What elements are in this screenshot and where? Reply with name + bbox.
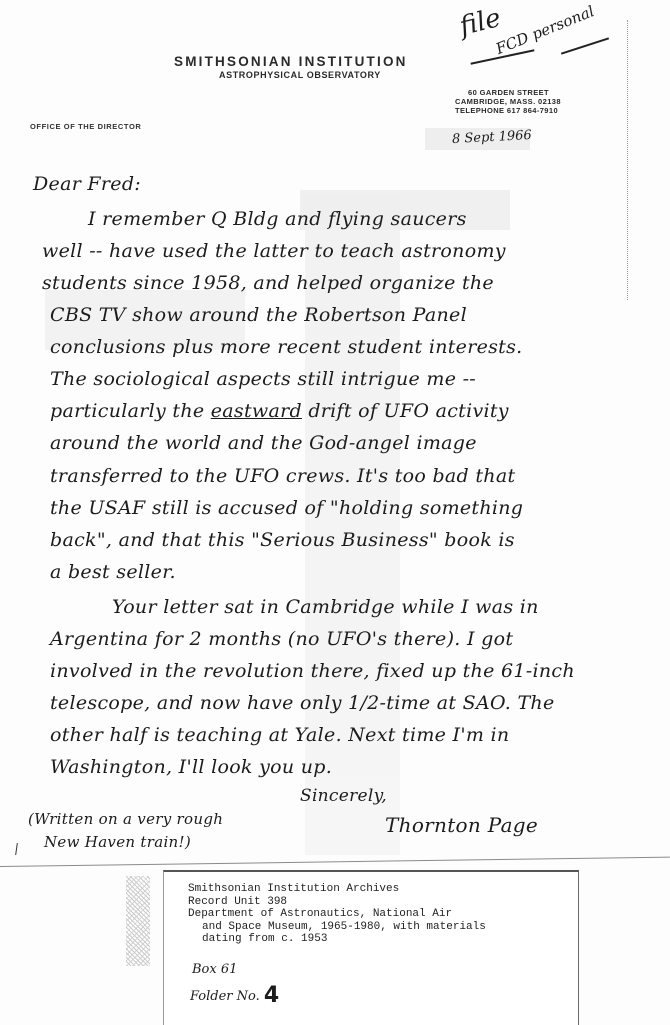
letterhead-address: 60 GARDEN STREET CAMBRIDGE, MASS. 02138 … (455, 88, 561, 115)
folder-number: 4 (264, 983, 279, 1008)
office-of-director: OFFICE OF THE DIRECTOR (30, 122, 141, 131)
letter-line: The sociological aspects still intrigue … (50, 368, 476, 390)
archive-line: and Space Museum, 1965-1980, with materi… (188, 921, 486, 934)
archive-line: Department of Astronautics, National Air (188, 908, 486, 921)
margin-note-line-2: New Haven train!) (44, 833, 191, 851)
annotation-file: file (457, 3, 504, 42)
letter-line: Your letter sat in Cambridge while I was… (112, 596, 539, 618)
letter-line: transferred to the UFO crews. It's too b… (50, 465, 515, 487)
address-city: CAMBRIDGE, MASS. 02138 (455, 97, 561, 106)
letter-line: CBS TV show around the Robertson Panel (50, 304, 467, 326)
address-telephone: TELEPHONE 617 864-7910 (455, 106, 561, 115)
letter-line: Argentina for 2 months (no UFO's there).… (50, 628, 513, 650)
folder-label-text: Folder No. (190, 989, 260, 1004)
annotation-underline (561, 37, 609, 54)
archive-line: Record Unit 398 (188, 896, 486, 909)
box-number: Box 61 (192, 962, 237, 977)
letter-line: I remember Q Bldg and flying saucers (88, 208, 467, 230)
closing: Sincerely, (300, 786, 387, 806)
letter-line: particularly the eastward drift of UFO a… (50, 400, 509, 422)
letter-line: other half is teaching at Yale. Next tim… (50, 724, 509, 746)
letter-text: drift of UFO activity (308, 400, 509, 422)
letter-line: the USAF still is accused of "holding so… (50, 497, 523, 519)
salutation: Dear Fred: (33, 173, 141, 195)
stray-mark (15, 843, 18, 855)
letter-line: telescope, and now have only 1/2-time at… (50, 692, 555, 714)
margin-note-line-1: (Written on a very rough (28, 810, 223, 828)
letter-line: Washington, I'll look you up. (50, 756, 332, 778)
letter-text: particularly the (50, 400, 204, 422)
underlined-word: eastward (211, 400, 302, 422)
letter-line: around the world and the God-angel image (50, 432, 477, 454)
letterhead-subtitle: ASTROPHYSICAL OBSERVATORY (219, 70, 381, 80)
archive-line: Smithsonian Institution Archives (188, 883, 486, 896)
letter-line: a best seller. (50, 561, 176, 583)
signature: Thornton Page (385, 813, 538, 837)
letter-page: SMITHSONIAN INSTITUTION ASTROPHYSICAL OB… (0, 0, 670, 1025)
page-edge-line (627, 20, 628, 300)
scan-noise (126, 876, 150, 966)
letter-line: back", and that this "Serious Business" … (50, 529, 515, 551)
letterhead-institution: SMITHSONIAN INSTITUTION (174, 54, 408, 69)
letter-line: involved in the revolution there, fixed … (50, 660, 575, 682)
letter-line: conclusions plus more recent student int… (50, 336, 523, 358)
archive-label-text: Smithsonian Institution Archives Record … (188, 883, 486, 946)
address-street: 60 GARDEN STREET (455, 88, 561, 97)
folder-label: Folder No. 4 (190, 983, 279, 1008)
archive-line: dating from c. 1953 (188, 933, 486, 946)
annotation-personal: FCD personal (493, 2, 597, 58)
letter-line: well -- have used the latter to teach as… (42, 240, 506, 262)
page-fold-line (0, 857, 670, 867)
letter-line: students since 1958, and helped organize… (42, 272, 494, 294)
